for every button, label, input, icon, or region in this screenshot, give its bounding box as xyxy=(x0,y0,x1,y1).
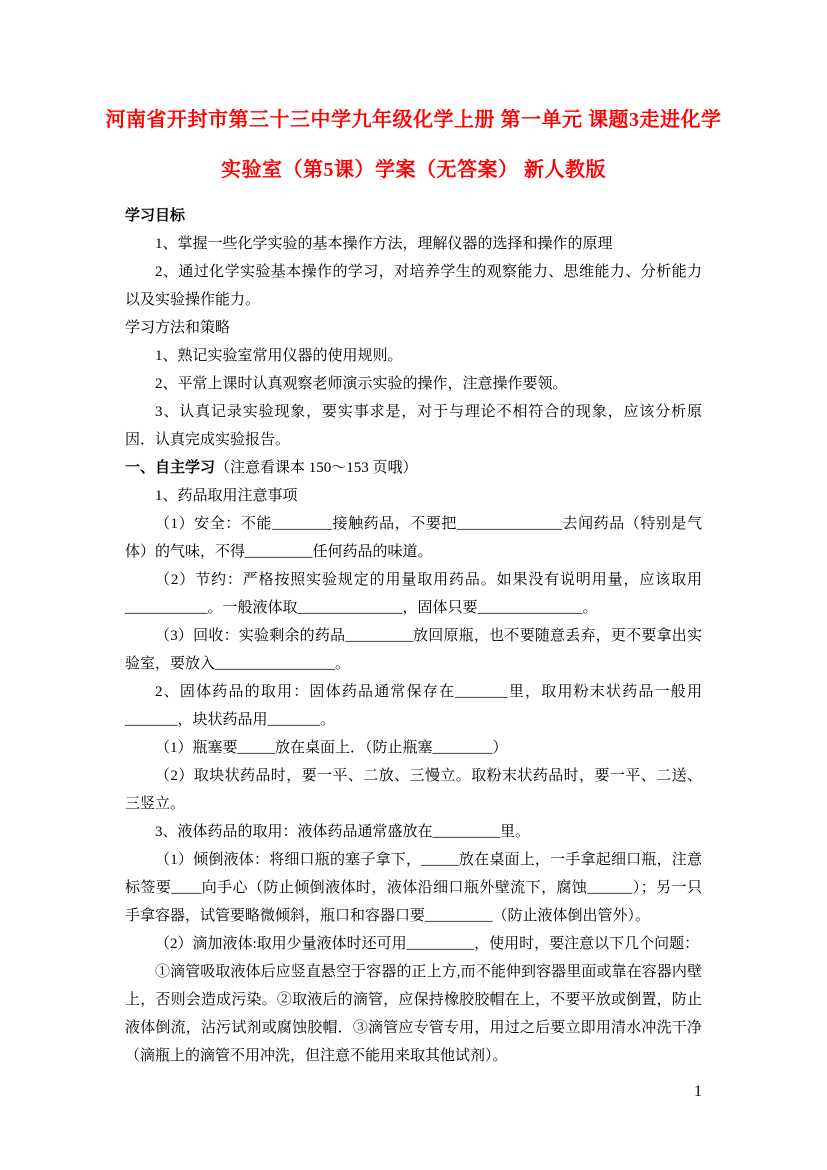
para-recycling: （3）回收：实验剩余的药品_________放回原瓶，也不要随意丢弃，更不要拿出… xyxy=(125,622,702,678)
para-medicine-notes-title: 1、药品取用注意事项 xyxy=(125,482,702,510)
para-taking-solid: （2）取块状药品时，要一平、二放、三慢立。取粉末状药品时，要一平、二送、三竖立。 xyxy=(125,762,702,818)
heading-learning-methods: 学习方法和策略 xyxy=(125,314,702,342)
heading-autonomous-learning-bold: 一、自主学习 xyxy=(125,460,215,476)
page-number: 1 xyxy=(694,1082,702,1102)
para-goal-2: 2、通过化学实验基本操作的学习，对培养学生的观察能力、思维能力、分析能力以及实验… xyxy=(125,258,702,314)
para-safety: （1）安全：不能________接触药品，不要把______________去闻… xyxy=(125,510,702,566)
document-page: 河南省开封市第三十三中学九年级化学上册 第一单元 课题3走进化学实验室（第5课）… xyxy=(0,0,827,1170)
para-dropper-rules: ①滴管吸取液体后应竖直悬空于容器的正上方,而不能伸到容器里面或靠在容器内壁上，否… xyxy=(125,958,702,1070)
para-saving: （2）节约：严格按照实验规定的用量取用药品。如果没有说明用量，应该取用_____… xyxy=(125,566,702,622)
document-body: 学习目标 1、掌握一些化学实验的基本操作方法，理解仪器的选择和操作的原理 2、通… xyxy=(125,202,702,1070)
para-liquid-medicine: 3、液体药品的取用：液体药品通常盛放在_________里。 xyxy=(125,818,702,846)
para-method-3: 3、认真记录实验现象，要实事求是，对于与理论不相符合的现象，应该分析原因．认真完… xyxy=(125,398,702,454)
heading-autonomous-learning: 一、自主学习（注意看课本 150～153 页哦） xyxy=(125,454,702,482)
para-method-2: 2、平常上课时认真观察老师演示实验的操作，注意操作要领。 xyxy=(125,370,702,398)
para-dropping-liquid: （2）滴加液体:取用少量液体时还可用_________，使用时，要注意以下几个问… xyxy=(125,930,702,958)
para-bottle-stopper: （1）瓶塞要_____放在桌面上．（防止瓶塞________） xyxy=(125,734,702,762)
para-goal-1: 1、掌握一些化学实验的基本操作方法，理解仪器的选择和操作的原理 xyxy=(125,230,702,258)
heading-learning-goals: 学习目标 xyxy=(125,202,702,230)
document-title: 河南省开封市第三十三中学九年级化学上册 第一单元 课题3走进化学实验室（第5课）… xyxy=(98,0,730,195)
heading-autonomous-learning-note: （注意看课本 150～153 页哦） xyxy=(215,460,418,476)
para-solid-medicine: 2、固体药品的取用：固体药品通常保存在_______里，取用粉末状药品一般用__… xyxy=(125,678,702,734)
para-pouring-liquid: （1）倾倒液体：将细口瓶的塞子拿下，_____放在桌面上，一手拿起细口瓶，注意标… xyxy=(125,846,702,930)
para-method-1: 1、熟记实验室常用仪器的使用规则。 xyxy=(125,342,702,370)
